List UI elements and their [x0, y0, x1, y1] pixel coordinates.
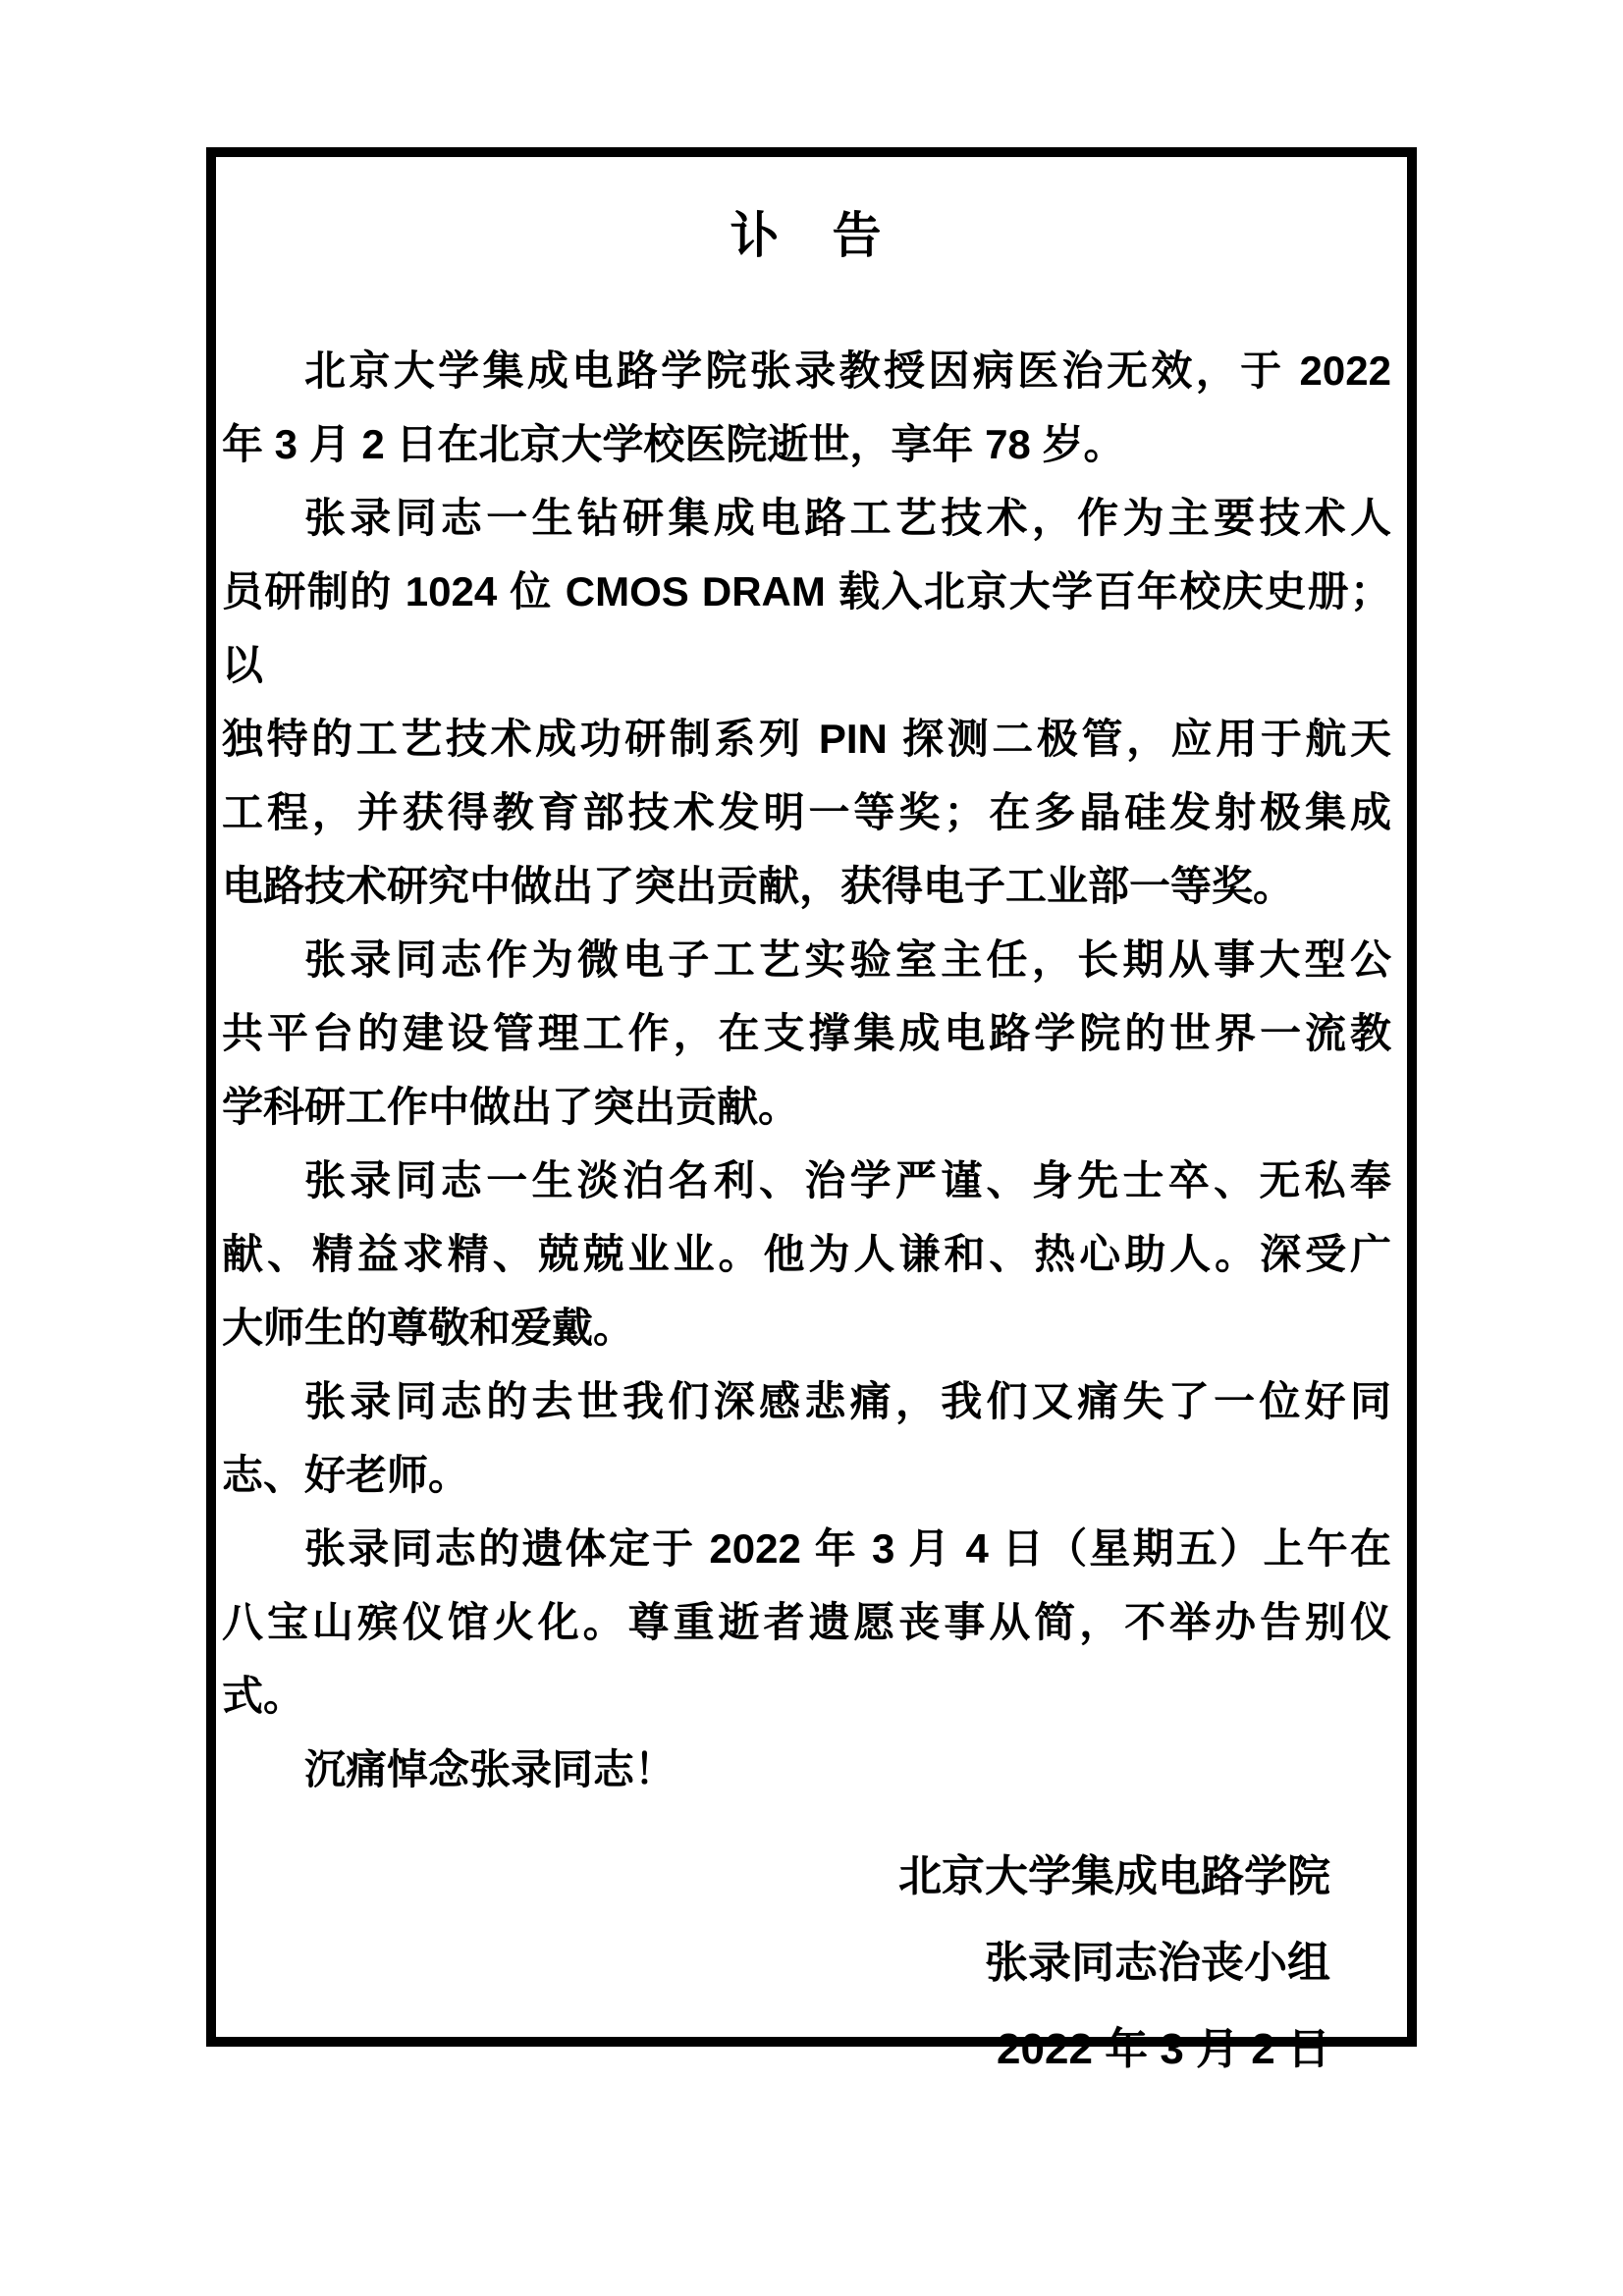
text-line: 独特的工艺技术成功研制系列 PIN 探测二极管，应用于航天: [222, 702, 1391, 775]
signature-block: 北京大学集成电路学院 张录同志治丧小组 2022 年 3 月 2 日: [222, 1834, 1391, 2093]
text-line: 志、好老师。: [222, 1438, 1391, 1512]
text-line: 献、精益求精、兢兢业业。他为人谦和、热心助人。深受广: [222, 1217, 1391, 1291]
text-line: 年 3 月 2 日在北京大学校医院逝世，享年 78 岁。: [222, 407, 1391, 481]
paragraph: 张录同志的遗体定于 2022 年 3 月 4 日（星期五）上午在 八宝山殡仪馆火…: [222, 1512, 1391, 1733]
text-line: 北京大学集成电路学院张录教授因病医治无效，于 2022: [222, 334, 1391, 407]
text-line: 张录同志一生钻研集成电路工艺技术，作为主要技术人: [222, 481, 1391, 555]
paragraph: 沉痛悼念张录同志！: [222, 1733, 1391, 1806]
text-line: 张录同志作为微电子工艺实验室主任，长期从事大型公: [222, 923, 1391, 996]
text-line: 学科研工作中做出了突出贡献。: [222, 1070, 1391, 1144]
paragraph: 张录同志一生钻研集成电路工艺技术，作为主要技术人 员研制的 1024 位 CMO…: [222, 481, 1391, 923]
text-line: 员研制的 1024 位 CMOS DRAM 载入北京大学百年校庆史册；以: [222, 555, 1391, 702]
text-line: 张录同志的遗体定于 2022 年 3 月 4 日（星期五）上午在: [222, 1512, 1391, 1585]
notice-body: 北京大学集成电路学院张录教授因病医治无效，于 2022 年 3 月 2 日在北京…: [222, 334, 1391, 1806]
text-line: 电路技术研究中做出了突出贡献，获得电子工业部一等奖。: [222, 849, 1391, 923]
paragraph: 张录同志的去世我们深感悲痛，我们又痛失了一位好同 志、好老师。: [222, 1364, 1391, 1512]
notice-title: 讣 告: [222, 206, 1391, 265]
paragraph: 北京大学集成电路学院张录教授因病医治无效，于 2022 年 3 月 2 日在北京…: [222, 334, 1391, 481]
paragraph: 张录同志作为微电子工艺实验室主任，长期从事大型公 共平台的建设管理工作，在支撑集…: [222, 923, 1391, 1144]
text-line: 工程，并获得教育部技术发明一等奖；在多晶硅发射极集成: [222, 775, 1391, 849]
text-line: 共平台的建设管理工作，在支撑集成电路学院的世界一流教: [222, 996, 1391, 1070]
paragraph: 张录同志一生淡泊名利、治学严谨、身先士卒、无私奉 献、精益求精、兢兢业业。他为人…: [222, 1144, 1391, 1364]
signature-group: 张录同志治丧小组: [222, 1920, 1330, 2006]
page: 讣 告 北京大学集成电路学院张录教授因病医治无效，于 2022 年 3 月 2 …: [0, 0, 1623, 2296]
text-line: 张录同志的去世我们深感悲痛，我们又痛失了一位好同: [222, 1364, 1391, 1438]
text-line: 沉痛悼念张录同志！: [222, 1733, 1391, 1806]
text-line: 八宝山殡仪馆火化。尊重逝者遗愿丧事从简，不举办告别仪: [222, 1585, 1391, 1659]
signature-org: 北京大学集成电路学院: [222, 1834, 1330, 1920]
text-line: 式。: [222, 1659, 1391, 1733]
text-line: 张录同志一生淡泊名利、治学严谨、身先士卒、无私奉: [222, 1144, 1391, 1217]
text-line: 大师生的尊敬和爱戴。: [222, 1291, 1391, 1364]
notice-box: 讣 告 北京大学集成电路学院张录教授因病医治无效，于 2022 年 3 月 2 …: [206, 147, 1417, 2047]
signature-date: 2022 年 3 月 2 日: [222, 2006, 1330, 2093]
